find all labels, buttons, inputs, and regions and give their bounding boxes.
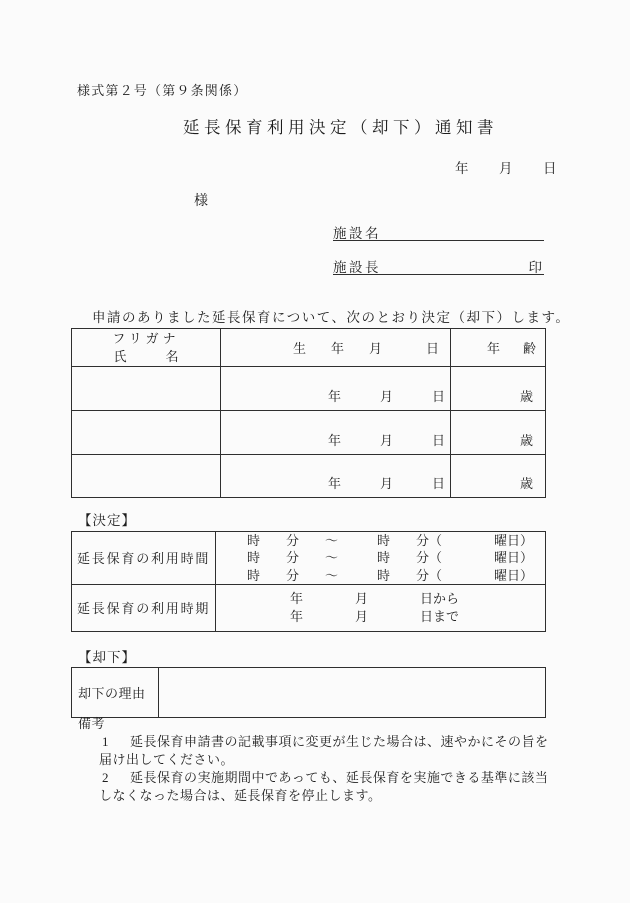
remark-text: 延長保育申請書の記載事項に変更が生じた場合は、速やかにその旨を [130,734,549,749]
age-header: 年 齢 [451,329,546,367]
remark-text: 延長保育の実施期間中であっても、延長保育を実施できる基準に該当 [130,770,548,785]
applicant-row: 年 月 日 歳 [72,367,546,411]
remark-item-2-cont: しなくなった場合は、延長保育を停止します。 [78,787,556,805]
time-line: 時 分 ～ 時 分（ 曜日） [216,549,545,566]
period-line: 年 月 日から [216,590,545,608]
notification-document: 様式第２号（第９条関係） 延長保育利用決定（却下）通知書 年 月 日 様 施設名… [0,0,630,903]
name-header-cell: フリガナ 氏 名 [72,329,221,367]
applicant-row: 年 月 日 歳 [72,411,546,455]
usage-time-label: 延長保育の利用時間 [72,532,216,585]
furigana-header: フリガナ [72,330,220,348]
age-cell: 歳 [451,367,546,411]
seal-mark: 印 [529,256,543,276]
remark-item-2: 2延長保育の実施期間中であっても、延長保育を実施できる基準に該当 [78,769,556,787]
period-line: 年 月 日まで [216,608,545,626]
remarks-heading: 備考 [78,715,556,733]
decision-section-label: 【決定】 [78,509,136,529]
usage-period-label: 延長保育の利用時期 [72,584,216,631]
remark-number: 2 [102,769,130,787]
rejection-reason-row: 却下の理由 [72,668,546,718]
rejection-table: 却下の理由 [71,667,546,718]
remark-item-1: 1延長保育申請書の記載事項に変更が生じた場合は、速やかにその旨を [78,733,556,751]
form-number: 様式第２号（第９条関係） [77,80,247,99]
age-cell: 歳 [451,411,546,455]
time-line: 時 分 ～ 時 分（ 曜日） [216,567,545,584]
applicant-table: フリガナ 氏 名 生 年 月 日 年 齢 年 月 日 歳 年 月 日 歳 年 月… [71,328,546,498]
name-cell [72,411,221,455]
usage-time-values: 時 分 ～ 時 分（ 曜日） 時 分 ～ 時 分（ 曜日） 時 分 ～ 時 分（… [216,532,546,585]
intro-sentence: 申請のありました延長保育について、次のとおり決定（却下）します。 [92,306,570,326]
name-cell [72,367,221,411]
facility-head-field: 印 施設長 [333,256,544,275]
applicant-row: 年 月 日 歳 [72,455,546,498]
birthdate-cell: 年 月 日 [221,411,451,455]
applicant-table-header-row: フリガナ 氏 名 生 年 月 日 年 齢 [72,329,546,367]
time-line: 時 分 ～ 時 分（ 曜日） [216,532,545,549]
rejection-reason-label: 却下の理由 [72,668,159,718]
name-header: 氏 名 [72,348,220,366]
addressee-honorific: 様 [194,190,208,210]
remark-number: 1 [102,733,130,751]
facility-name-field: 施設名 [333,222,544,241]
name-cell [72,455,221,498]
decision-table: 延長保育の利用時間 時 分 ～ 時 分（ 曜日） 時 分 ～ 時 分（ 曜日） … [71,531,546,632]
birthdate-cell: 年 月 日 [221,455,451,498]
remark-item-1-cont: 届け出してください。 [78,751,556,769]
birthdate-header: 生 年 月 日 [221,329,451,367]
rejection-section-label: 【却下】 [78,646,136,666]
birthdate-cell: 年 月 日 [221,367,451,411]
usage-period-row: 延長保育の利用時期 年 月 日から 年 月 日まで [72,584,546,631]
remarks-section: 備考 1延長保育申請書の記載事項に変更が生じた場合は、速やかにその旨を 届け出し… [78,715,556,805]
usage-time-row: 延長保育の利用時間 時 分 ～ 時 分（ 曜日） 時 分 ～ 時 分（ 曜日） … [72,532,546,585]
usage-period-values: 年 月 日から 年 月 日まで [216,584,546,631]
age-cell: 歳 [451,455,546,498]
rejection-reason-value [159,668,546,718]
document-title: 延長保育利用決定（却下）通知書 [183,114,498,138]
facility-head-label: 施設長 [333,260,381,275]
facility-name-label: 施設名 [333,226,381,241]
issue-date-line: 年 月 日 [455,157,565,177]
